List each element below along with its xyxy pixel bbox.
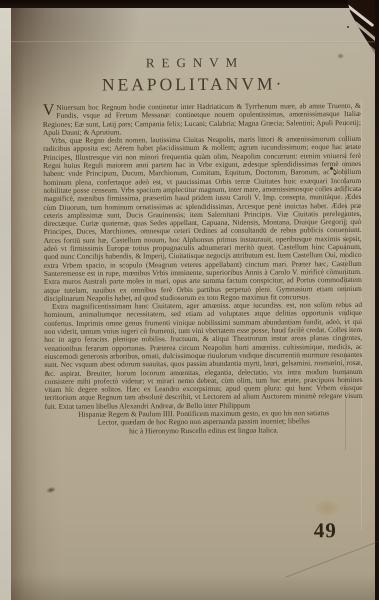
- page-title-line1: REGNVM: [9, 54, 373, 72]
- paragraph-tail: Hispaniæ Regem & Paulum IIII. Pontificem…: [45, 409, 363, 436]
- page-title-line2: NEAPOLITANVM·: [10, 73, 374, 96]
- paragraph: Vrbs, quæ Regno dedit nomen, lautissima …: [43, 135, 362, 303]
- paragraph: Extra magnificentissimam hanc Ciuitatem,…: [44, 301, 363, 411]
- book-photo: REGNVM NEAPOLITANVM· VNiuersum hoc Regnu…: [0, 0, 379, 600]
- body-text: VNiuersum hoc Regnum hodie continetur in…: [43, 102, 363, 436]
- drop-cap: V: [43, 104, 57, 119]
- page-content: REGNVM NEAPOLITANVM· VNiuersum hoc Regnu…: [9, 6, 377, 600]
- chapter-title: REGNVM NEAPOLITANVM·: [9, 54, 373, 96]
- page-number: 49: [299, 518, 351, 543]
- paragraph: VNiuersum hoc Regnum hodie continetur in…: [43, 102, 361, 137]
- paragraph-text: Niuersum hoc Regnum hodie continetur int…: [43, 101, 361, 137]
- tail-line: hic à Hieronymo Ruscello editus est ling…: [45, 426, 363, 436]
